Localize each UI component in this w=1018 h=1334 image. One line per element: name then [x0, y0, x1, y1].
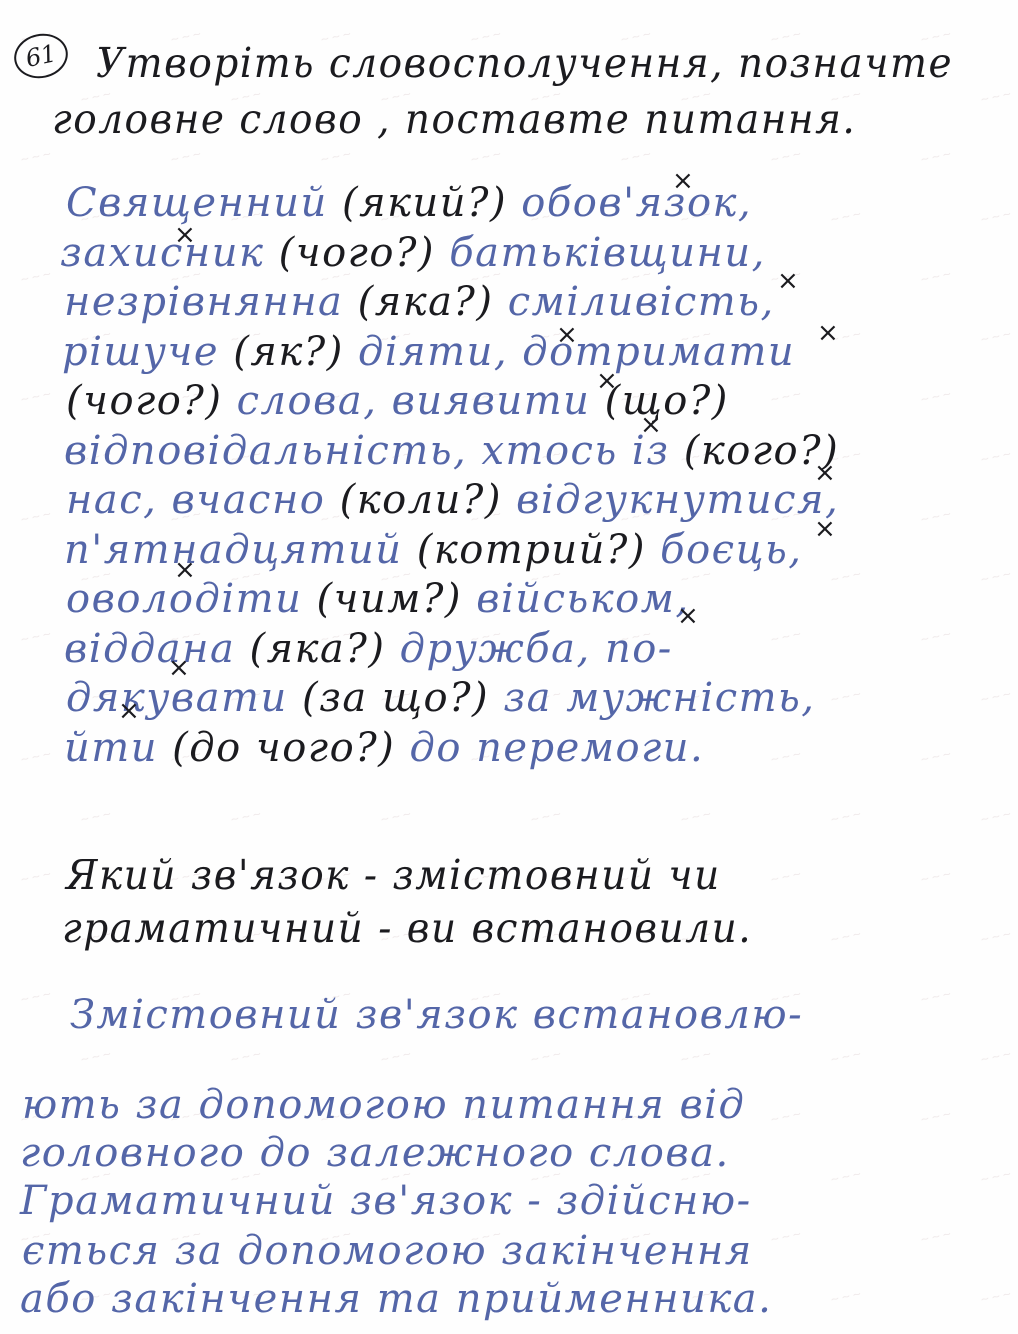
watermark: ~~~ — [919, 987, 955, 1007]
explanation-line: ється за допомогою закінчення — [22, 1228, 753, 1274]
answer-line: оволодіти (чим?) військом, — [66, 576, 690, 622]
watermark: ~~~ — [19, 387, 55, 407]
watermark: ~~~ — [19, 627, 55, 647]
watermark: ~~~ — [979, 87, 1015, 107]
watermark: ~~~ — [829, 567, 865, 587]
phrase-word: слова, виявити — [222, 378, 604, 424]
phrase-word: відповідальність, хтось із — [64, 428, 684, 474]
watermark: ~~~ — [979, 927, 1015, 947]
watermark: ~~~ — [619, 147, 655, 167]
answer-line: Священний (який?) обов'язок, — [66, 180, 752, 226]
cross-mark-icon: × — [640, 412, 662, 438]
watermark: ~~~ — [679, 1047, 715, 1067]
watermark: ~~~ — [979, 567, 1015, 587]
task-line-2: головне слово , поставте питання. — [52, 96, 856, 143]
answer-line: нас, вчасно (коли?) відгукнутися, — [66, 477, 839, 523]
question-word: (яка?) — [358, 279, 494, 325]
watermark: ~~~ — [979, 687, 1015, 707]
phrase-word: обов'язок, — [507, 180, 752, 226]
phrase-word: військом, — [462, 576, 690, 622]
phrase-word: за мужність, — [489, 675, 815, 721]
cross-mark-icon: × — [556, 322, 578, 348]
watermark: ~~~ — [769, 627, 805, 647]
question-word: (котрий?) — [417, 527, 646, 573]
watermark: ~~~ — [19, 147, 55, 167]
question-word: (чого?) — [66, 378, 222, 424]
watermark: ~~~ — [829, 1287, 865, 1307]
watermark: ~~~ — [919, 867, 955, 887]
answer-line: (чого?) слова, виявити (що?) — [66, 378, 729, 424]
exercise-number: 61 — [23, 39, 59, 73]
watermark: ~~~ — [979, 207, 1015, 227]
question-word: (яка?) — [250, 626, 386, 672]
watermark: ~~~ — [769, 147, 805, 167]
watermark: ~~~ — [829, 807, 865, 827]
cross-mark-icon: × — [814, 460, 836, 486]
question-line-1: Який зв'язок - змістовний чи — [66, 852, 721, 899]
question-word: (як?) — [233, 329, 344, 375]
explanation-line: або закінчення та прийменника. — [20, 1276, 772, 1322]
watermark: ~~~ — [319, 147, 355, 167]
watermark: ~~~ — [79, 1047, 115, 1067]
phrase-word: Священний — [66, 180, 342, 226]
phrase-word: нас, вчасно — [66, 477, 340, 523]
cross-mark-icon: × — [168, 655, 190, 681]
answer-line: йти (до чого?) до перемоги. — [64, 725, 704, 771]
watermark: ~~~ — [469, 147, 505, 167]
phrase-word: незрівнянна — [64, 279, 358, 325]
cross-mark-icon: × — [118, 698, 140, 724]
answer-line: рішуче (як?) діяти, дотримати — [62, 329, 795, 375]
answer-line: незрівнянна (яка?) сміливість, — [64, 279, 775, 325]
watermark: ~~~ — [979, 1287, 1015, 1307]
watermark: ~~~ — [919, 387, 955, 407]
question-word: (до чого?) — [172, 725, 395, 771]
question-word: (який?) — [342, 180, 507, 226]
watermark: ~~~ — [19, 987, 55, 1007]
watermark: ~~~ — [19, 267, 55, 287]
question-word: (що?) — [605, 378, 729, 424]
question-word: (чого?) — [279, 230, 435, 276]
answer-line: захисник (чого?) батьківщини, — [60, 230, 766, 276]
explanation-line: Змістовний зв'язок встановлю- — [70, 992, 803, 1038]
watermark: ~~~ — [919, 627, 955, 647]
cross-mark-icon: × — [817, 320, 839, 346]
watermark: ~~~ — [769, 867, 805, 887]
watermark: ~~~ — [229, 807, 265, 827]
question-word: (коли?) — [340, 477, 502, 523]
phrase-word: віддана — [64, 626, 250, 672]
notebook-page: ~~~~~~~~~~~~~~~~~~~~~~~~~~~~~~~~~~~~~~~~… — [0, 0, 1018, 1334]
answer-line: віддана (яка?) дружба, по- — [64, 626, 673, 672]
phrase-word: сміливість, — [493, 279, 774, 325]
watermark: ~~~ — [769, 1107, 805, 1127]
phrase-word: відгукнутися, — [502, 477, 839, 523]
cross-mark-icon: × — [596, 368, 618, 394]
watermark: ~~~ — [979, 447, 1015, 467]
watermark: ~~~ — [229, 1047, 265, 1067]
cross-mark-icon: × — [777, 268, 799, 294]
watermark: ~~~ — [979, 327, 1015, 347]
phrase-word: захисник — [60, 230, 279, 276]
watermark: ~~~ — [979, 807, 1015, 827]
watermark: ~~~ — [769, 1227, 805, 1247]
question-word: (за що?) — [302, 675, 489, 721]
watermark: ~~~ — [829, 687, 865, 707]
watermark: ~~~ — [919, 267, 955, 287]
watermark: ~~~ — [919, 147, 955, 167]
cross-mark-icon: × — [677, 603, 699, 629]
phrase-word: йти — [64, 725, 172, 771]
watermark: ~~~ — [829, 1047, 865, 1067]
watermark: ~~~ — [979, 1047, 1015, 1067]
watermark: ~~~ — [919, 1107, 955, 1127]
cross-mark-icon: × — [814, 516, 836, 542]
cross-mark-icon: × — [174, 557, 196, 583]
watermark: ~~~ — [979, 1167, 1015, 1187]
watermark: ~~~ — [919, 747, 955, 767]
question-word: (чим?) — [317, 576, 462, 622]
phrase-word: батьківщини, — [435, 230, 766, 276]
watermark: ~~~ — [169, 147, 205, 167]
phrase-word: рішуче — [62, 329, 233, 375]
watermark: ~~~ — [379, 1047, 415, 1067]
task-line-1: Утворіть словосполучення, позначте — [96, 40, 953, 87]
answer-line: відповідальність, хтось із (кого?) — [64, 428, 839, 474]
watermark: ~~~ — [829, 927, 865, 947]
watermark: ~~~ — [379, 807, 415, 827]
watermark: ~~~ — [19, 507, 55, 527]
phrase-word: дружба, по- — [385, 626, 672, 672]
cross-mark-icon: × — [672, 168, 694, 194]
watermark: ~~~ — [19, 867, 55, 887]
watermark: ~~~ — [829, 207, 865, 227]
watermark: ~~~ — [829, 1167, 865, 1187]
watermark: ~~~ — [529, 807, 565, 827]
watermark: ~~~ — [919, 1227, 955, 1247]
watermark: ~~~ — [79, 807, 115, 827]
watermark: ~~~ — [529, 1047, 565, 1067]
watermark: ~~~ — [919, 507, 955, 527]
phrase-word: боєць, — [646, 527, 803, 573]
watermark: ~~~ — [19, 747, 55, 767]
watermark: ~~~ — [679, 807, 715, 827]
explanation-line: Граматичний зв'язок - здійсню- — [20, 1178, 752, 1224]
cross-mark-icon: × — [174, 222, 196, 248]
watermark: ~~~ — [769, 747, 805, 767]
watermark: ~~~ — [769, 387, 805, 407]
explanation-line: ють за допомогою питання від — [22, 1082, 745, 1128]
phrase-word: до перемоги. — [395, 725, 704, 771]
phrase-word: п'ятнадцятий — [64, 527, 417, 573]
explanation-line: головного до залежного слова. — [20, 1130, 730, 1176]
question-line-2: граматичний - ви встановили. — [62, 905, 752, 952]
